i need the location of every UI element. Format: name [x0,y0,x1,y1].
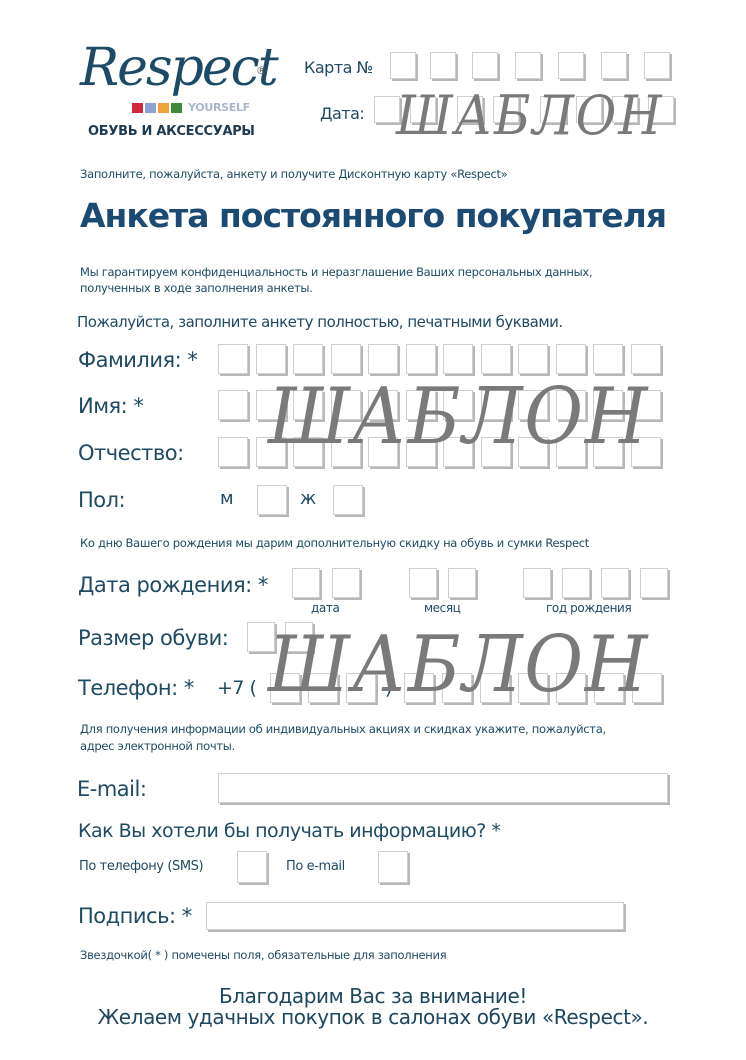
name-letter-box[interactable] [556,390,586,420]
birthdate-year-box[interactable] [562,568,590,598]
surname-letter-box[interactable] [481,344,511,374]
name-letter-box[interactable] [256,390,286,420]
birthdate-year-box[interactable] [523,568,551,598]
logo-square-green [171,103,182,113]
year-caption: год рождения [546,601,631,615]
phone-close-paren: ) [385,677,392,699]
patronymic-letter-box[interactable] [593,437,623,467]
name-letter-box[interactable] [593,390,623,420]
logo-tagline: ОБУВЬ И АКСЕССУАРЫ [88,124,255,139]
name-letter-box[interactable] [631,390,661,420]
contact-email-checkbox[interactable] [378,851,408,883]
date-box[interactable] [457,96,483,123]
birthdate-month-box[interactable] [409,568,437,598]
surname-letter-box[interactable] [631,344,661,374]
footer-wish: Желаем удачных покупок в салонах обуви «… [0,1005,746,1029]
phone-number-box[interactable] [404,673,434,703]
shoe-size-label: Размер обуви: [78,626,228,650]
patronymic-letter-box[interactable] [293,437,323,467]
patronymic-letter-box[interactable] [218,437,248,467]
name-letter-box[interactable] [331,390,361,420]
contact-sms-checkbox[interactable] [237,851,267,883]
name-letter-box[interactable] [443,390,473,420]
birthdate-month-box[interactable] [448,568,476,598]
instruction-text: Пожалуйста, заполните анкету полностью, … [77,313,563,331]
card-number-box[interactable] [601,52,627,79]
signature-label: Подпись: * [78,904,192,928]
birthdate-day-box[interactable] [292,568,320,598]
surname-letter-box[interactable] [556,344,586,374]
logo-square-orange [158,103,169,113]
logo-square-blue [145,103,156,113]
gender-male-label: м [220,488,233,509]
card-number-box[interactable] [430,52,456,79]
patronymic-letter-box[interactable] [556,437,586,467]
birthdate-year-box[interactable] [640,568,668,598]
patronymic-letter-box[interactable] [481,437,511,467]
name-letter-box[interactable] [518,390,548,420]
date-box[interactable] [540,96,566,123]
phone-number-box[interactable] [518,673,548,703]
surname-letter-box[interactable] [256,344,286,374]
shoe-size-box[interactable] [285,622,313,652]
intro-text: Заполните, пожалуйста, анкету и получите… [80,167,507,181]
date-box[interactable] [374,96,400,123]
surname-letter-box[interactable] [593,344,623,374]
contact-email-label: По e-mail [286,859,345,874]
signature-input[interactable] [206,902,624,930]
contact-sms-label: По телефону (SMS) [79,859,203,874]
registered-mark: ® [256,64,267,77]
gender-label: Пол: [78,488,125,512]
patronymic-letter-box[interactable] [368,437,398,467]
birthdate-label: Дата рождения: * [78,573,268,597]
date-box[interactable] [493,96,519,123]
phone-number-box[interactable] [594,673,624,703]
email-label: E-mail: [77,777,146,801]
date-box[interactable] [612,96,638,123]
required-note: Звездочкой( * ) помечены поля, обязатель… [80,948,446,962]
gender-female-label: ж [300,488,316,509]
card-number-label: Карта № [304,58,373,77]
phone-code-box[interactable] [346,673,376,703]
privacy-text-2: полученных в ходе заполнения анкеты. [80,281,313,295]
month-caption: месяц [424,601,460,615]
surname-letter-box[interactable] [218,344,248,374]
card-number-box[interactable] [515,52,541,79]
phone-number-box[interactable] [480,673,510,703]
gender-male-checkbox[interactable] [257,485,287,515]
patronymic-label: Отчество: [78,441,184,465]
patronymic-letter-box[interactable] [443,437,473,467]
card-number-box[interactable] [644,52,670,79]
surname-letter-box[interactable] [443,344,473,374]
surname-letter-box[interactable] [368,344,398,374]
phone-code-box[interactable] [308,673,338,703]
surname-letter-box[interactable] [331,344,361,374]
surname-letter-box[interactable] [293,344,323,374]
phone-label: Телефон: * [78,676,194,700]
date-box[interactable] [648,96,674,123]
phone-prefix: +7 ( [217,677,256,699]
date-box[interactable] [410,96,436,123]
surname-label: Фамилия: * [78,348,197,372]
surname-letter-box[interactable] [406,344,436,374]
name-letter-box[interactable] [293,390,323,420]
shoe-size-box[interactable] [247,622,275,652]
email-note-1: Для получения информации об индивидуальн… [80,722,606,736]
contact-pref-question: Как Вы хотели бы получать информацию? * [78,820,500,842]
patronymic-letter-box[interactable] [631,437,661,467]
phone-number-box[interactable] [632,673,662,703]
logo-square-red [132,103,143,113]
day-caption: дата [311,601,339,615]
patronymic-letter-box[interactable] [256,437,286,467]
date-label: Дата: [320,104,364,123]
card-number-box[interactable] [558,52,584,79]
name-letter-box[interactable] [218,390,248,420]
name-letter-box[interactable] [406,390,436,420]
name-letter-box[interactable] [368,390,398,420]
card-number-box[interactable] [472,52,498,79]
surname-letter-box[interactable] [518,344,548,374]
phone-code-box[interactable] [270,673,300,703]
birthday-note: Ко дню Вашего рождения мы дарим дополнит… [80,536,589,550]
name-letter-box[interactable] [481,390,511,420]
patronymic-letter-box[interactable] [406,437,436,467]
logo-wordmark: Respect [80,38,277,98]
phone-number-box[interactable] [442,673,472,703]
date-box[interactable] [576,96,602,123]
card-number-box[interactable] [390,52,416,79]
gender-female-checkbox[interactable] [333,485,363,515]
page-title: Анкета постоянного покупателя [80,196,666,235]
phone-number-box[interactable] [556,673,586,703]
patronymic-letter-box[interactable] [518,437,548,467]
patronymic-letter-box[interactable] [331,437,361,467]
email-input[interactable] [218,773,668,803]
name-label: Имя: * [78,394,143,418]
email-note-2: адрес электронной почты. [80,739,235,753]
logo-subbrand: YOURSELF [188,101,250,114]
birthdate-year-box[interactable] [601,568,629,598]
birthdate-day-box[interactable] [332,568,360,598]
privacy-text-1: Мы гарантируем конфиденциальность и нера… [80,265,592,279]
